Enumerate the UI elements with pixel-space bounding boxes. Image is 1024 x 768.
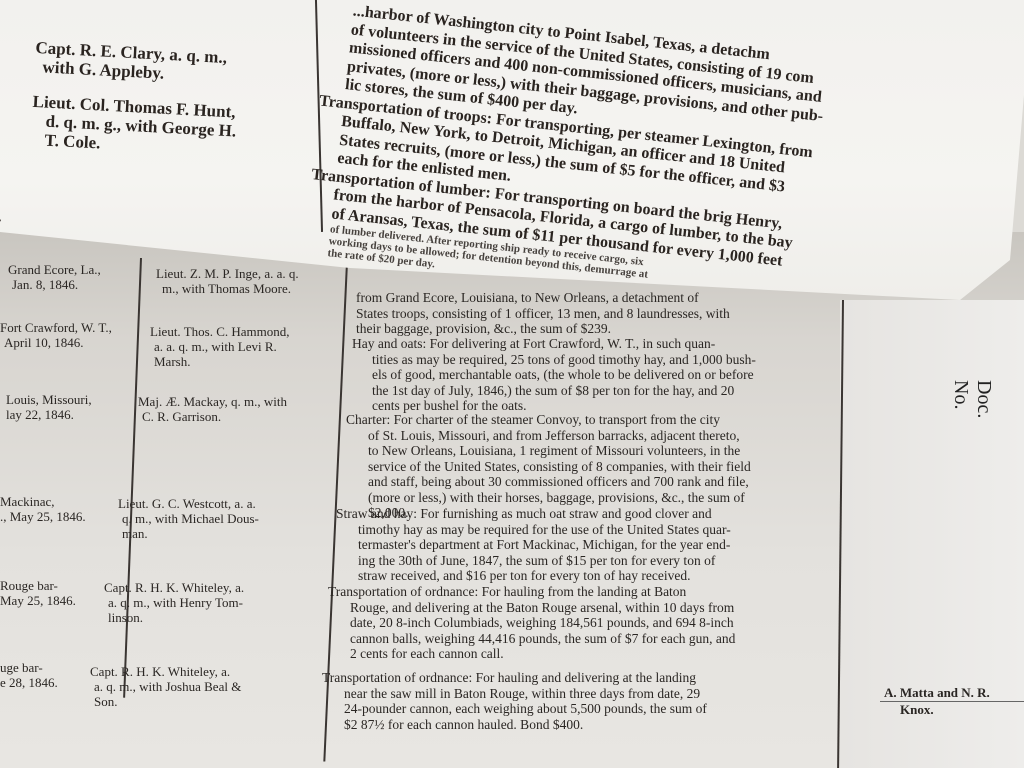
officer-line: q. m., with Michael Dous- bbox=[118, 511, 318, 526]
place-date-row-6: uge bar- e 28, 1846. bbox=[0, 660, 58, 690]
date: Jan. 8, 1846. bbox=[8, 277, 101, 292]
contract-entry-6: Transportation of ordnance: For hauling … bbox=[322, 670, 842, 732]
contract-line: straw received, and $16 per ton for ever… bbox=[336, 568, 842, 584]
contractor-line: A. Matta and N. R. bbox=[884, 684, 990, 701]
contract-entry-1: from Grand Ecore, Louisiana, to New Orle… bbox=[356, 290, 840, 337]
contract-line: to New Orleans, Louisiana, 1 regiment of… bbox=[346, 443, 842, 459]
contract-entry-3: Charter: For charter of the steamer Conv… bbox=[346, 412, 842, 521]
contract-line: els of good, merchantable oats, (the who… bbox=[352, 367, 840, 383]
contract-line: Hay and oats: For delivering at Fort Cra… bbox=[352, 336, 840, 352]
officer-line: Capt. R. H. K. Whiteley, a. bbox=[104, 580, 314, 595]
officer-row-6: Capt. R. H. K. Whiteley, a. a. q. m., wi… bbox=[90, 664, 310, 709]
date: April 10, 1846. bbox=[0, 335, 112, 350]
officer-line: Lieut. Thos. C. Hammond, bbox=[150, 324, 340, 339]
officer-line: man. bbox=[118, 526, 318, 541]
officer-line: Maj. Æ. Mackay, q. m., with bbox=[138, 394, 338, 409]
date: e 28, 1846. bbox=[0, 675, 58, 690]
place: Fort Crawford, W. T., bbox=[0, 320, 112, 335]
contract-line: timothy hay as may be required for the u… bbox=[336, 522, 842, 538]
contract-line: near the saw mill in Baton Rouge, within… bbox=[322, 686, 842, 702]
contract-line: service of the United States, consisting… bbox=[346, 459, 842, 475]
place: Louis, Missouri, bbox=[6, 392, 92, 407]
contract-entry-4: Straw and hay: For furnishing as much oa… bbox=[336, 506, 842, 584]
officer-line: a. a. q. m., with Levi R. bbox=[150, 339, 340, 354]
contract-entry-5: Transportation of ordnance: For hauling … bbox=[328, 584, 842, 662]
contract-line: (more or less,) with their horses, bagga… bbox=[346, 490, 842, 506]
officer-line: Marsh. bbox=[150, 354, 340, 369]
contract-line: tities as may be required, 25 tons of go… bbox=[352, 352, 840, 368]
officer-row-3: Maj. Æ. Mackay, q. m., with C. R. Garris… bbox=[138, 394, 338, 424]
contract-line: date, 20 8-inch Columbiads, weighing 184… bbox=[328, 615, 842, 631]
contractor-line: Knox. bbox=[884, 701, 990, 718]
place-date-row-5: Rouge bar- May 25, 1846. bbox=[0, 578, 76, 608]
row-rule bbox=[880, 701, 1024, 702]
contract-line: of St. Louis, Missouri, and from Jeffers… bbox=[346, 428, 842, 444]
place: uge bar- bbox=[0, 660, 58, 675]
contract-line: Straw and hay: For furnishing as much oa… bbox=[336, 506, 842, 522]
contract-line: States troops, consisting of 1 officer, … bbox=[356, 306, 840, 322]
place-date-row-4: Mackinac, ., May 25, 1846. bbox=[0, 494, 86, 524]
officer-row-4: Lieut. G. C. Westcott, a. a. q. m., with… bbox=[118, 496, 318, 541]
place-date-row-2: Fort Crawford, W. T., April 10, 1846. bbox=[0, 320, 112, 350]
contract-line: termaster's department at Fort Mackinac,… bbox=[336, 537, 842, 553]
contract-line: ing the 30th of June, 1847, the sum of $… bbox=[336, 553, 842, 569]
contract-entry-2: Hay and oats: For delivering at Fort Cra… bbox=[352, 336, 840, 414]
contract-line: the 1st day of July, 1846,) the sum of $… bbox=[352, 383, 840, 399]
date: ., May 25, 1846. bbox=[0, 509, 86, 524]
contract-line: Rouge, and delivering at the Baton Rouge… bbox=[328, 600, 842, 616]
contract-line: 2 cents for each cannon call. bbox=[328, 646, 842, 662]
date: lay 22, 1846. bbox=[6, 407, 92, 422]
officer-row-2: Lieut. Thos. C. Hammond, a. a. q. m., wi… bbox=[150, 324, 340, 369]
contract-line: Charter: For charter of the steamer Conv… bbox=[346, 412, 842, 428]
contract-line: 24-pounder cannon, each weighing about 5… bbox=[322, 701, 842, 717]
officer-line: Lieut. G. C. Westcott, a. a. bbox=[118, 496, 318, 511]
contract-line: and staff, being about 30 commissioned o… bbox=[346, 474, 842, 490]
officer-line: linson. bbox=[104, 610, 314, 625]
officer-line: Son. bbox=[90, 694, 310, 709]
place: Grand Ecore, La., bbox=[8, 262, 101, 277]
doc-number-label: Doc. No. bbox=[949, 380, 995, 418]
officer-line: Capt. R. H. K. Whiteley, a. bbox=[90, 664, 310, 679]
officer-line: Lieut. Z. M. P. Inge, a. a. q. bbox=[156, 266, 346, 281]
officer-row-5: Capt. R. H. K. Whiteley, a. a. q. m., wi… bbox=[104, 580, 314, 625]
place-date-row-1: Grand Ecore, La., Jan. 8, 1846. bbox=[8, 262, 101, 292]
officer-line: a. q. m., with Henry Tom- bbox=[104, 595, 314, 610]
place-date-row-3: Louis, Missouri, lay 22, 1846. bbox=[6, 392, 92, 422]
upper-officer-block: Capt. R. E. Clary, a. q. m., with G. App… bbox=[30, 38, 240, 160]
officer-line: C. R. Garrison. bbox=[138, 409, 338, 424]
contract-line: from Grand Ecore, Louisiana, to New Orle… bbox=[356, 290, 840, 306]
contract-line: Transportation of ordnance: For hauling … bbox=[322, 670, 842, 686]
officer-line: m., with Thomas Moore. bbox=[156, 281, 346, 296]
officer-row-1: Lieut. Z. M. P. Inge, a. a. q. m., with … bbox=[156, 266, 346, 296]
contract-line: their baggage, provision, &c., the sum o… bbox=[356, 321, 840, 337]
officer-line: a. q. m., with Joshua Beal & bbox=[90, 679, 310, 694]
place: Mackinac, bbox=[0, 494, 86, 509]
contract-line: Transportation of ordnance: For hauling … bbox=[328, 584, 842, 600]
place: Rouge bar- bbox=[0, 578, 76, 593]
contract-line: $2 87½ for each cannon hauled. Bond $400… bbox=[322, 717, 842, 733]
contract-line: cannon balls, weighing 44,416 pounds, th… bbox=[328, 631, 842, 647]
date: May 25, 1846. bbox=[0, 593, 76, 608]
